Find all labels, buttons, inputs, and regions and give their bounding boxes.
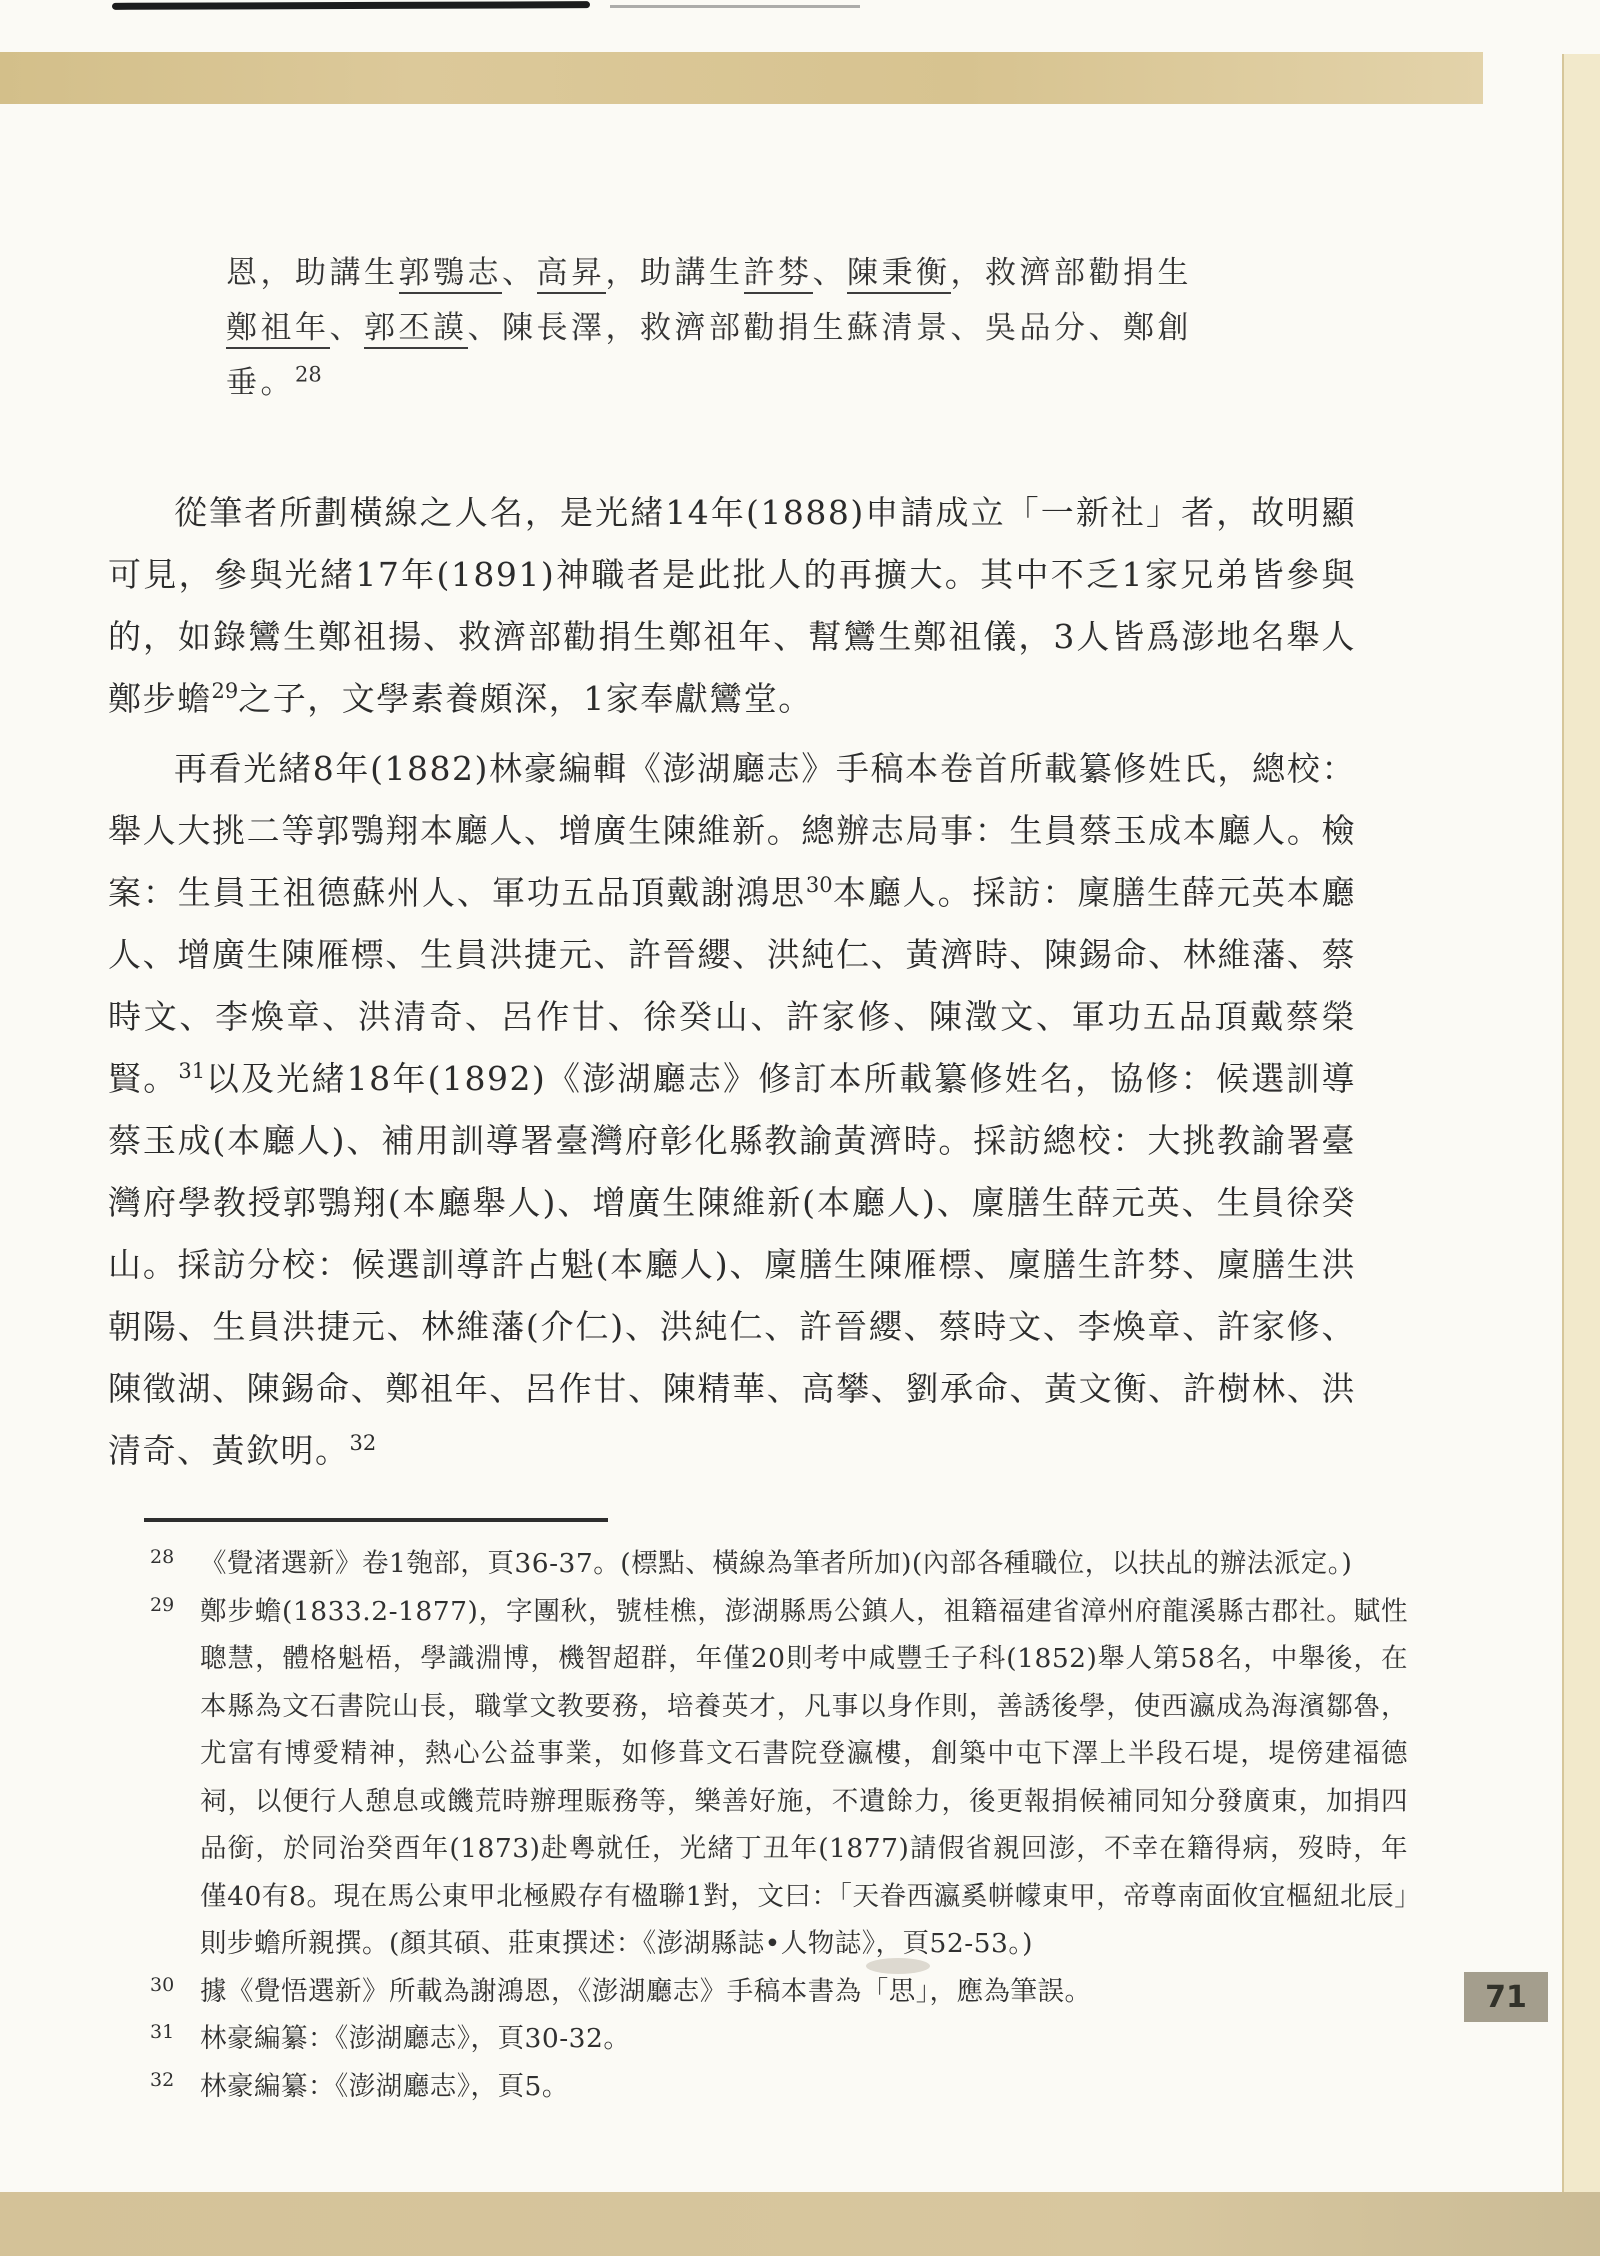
quote-text: 恩，助講生 (226, 255, 399, 291)
scan-edge-mark-thin (610, 5, 860, 8)
footnote-ref-29: 29 (212, 679, 239, 703)
footnote-31: 31 林豪編纂：《澎湖廳志》，頁30-32。 (146, 2015, 1408, 2063)
quote-text: 垂。 (226, 365, 295, 401)
underlined-name: 高昇 (537, 255, 606, 294)
footnote-ref-30: 30 (806, 873, 833, 897)
footnote-text: 據《覺悟選新》所載為謝鴻恩，《澎湖廳志》手稿本書為「思」，應為筆誤。 (200, 1976, 1092, 2007)
footnote-text: 林豪編纂：《澎湖廳志》，頁5。 (200, 2071, 569, 2102)
footnote-number: 28 (150, 1534, 174, 1582)
paragraph-1: 從筆者所劃橫線之人名，是光緒14年(1888)申請成立「一新社」者，故明顯可見，… (108, 482, 1356, 730)
scan-edge-mark (112, 1, 590, 10)
body-text: 從筆者所劃橫線之人名，是光緒14年(1888)申請成立「一新社」者，故明顯可見，… (108, 482, 1356, 1482)
paragraph-text: 之子，文學素養頗深，1家奉獻鸞堂。 (238, 679, 813, 718)
footnote-32: 32 林豪編纂：《澎湖廳志》，頁5。 (146, 2063, 1408, 2111)
footnote-29: 29 鄭步蟾(1833.2-1877)，字團秋，號桂樵，澎湖縣馬公鎮人，祖籍福建… (146, 1588, 1408, 1968)
underlined-name: 鄭祖年 (226, 310, 330, 349)
footnote-number: 30 (150, 1962, 174, 2010)
paragraph-2: 再看光緒8年(1882)林豪編輯《澎湖廳志》手稿本卷首所載纂修姓氏，總校：舉人大… (108, 738, 1356, 1482)
footnote-number: 31 (150, 2009, 174, 2057)
underlined-name: 郭丕謨 (364, 310, 468, 349)
quote-line-1: 恩，助講生郭鶚志、高昇，助講生許棼、陳秉衡，救濟部勸捐生 (226, 246, 1186, 301)
page-number: 71 (1464, 1972, 1548, 2022)
footnote-ref-31: 31 (178, 1059, 205, 1083)
footnote-30: 30 據《覺悟選新》所載為謝鴻恩，《澎湖廳志》手稿本書為「思」，應為筆誤。 (146, 1968, 1408, 2016)
quote-text: ，助講生 (606, 255, 744, 291)
quote-text: 、 (502, 255, 537, 291)
footnotes-section: 28 《覺渚選新》卷1匏部，頁36-37。(標點、橫線為筆者所加)(內部各種職位… (146, 1540, 1408, 2110)
underlined-name: 許棼 (744, 255, 813, 294)
scan-bottom-band (0, 2192, 1600, 2256)
quote-text: 、 (330, 310, 365, 346)
page-number-label: 71 (1485, 1980, 1527, 2015)
footnote-ref-32: 32 (350, 1431, 377, 1455)
scan-right-strip (1562, 54, 1600, 2256)
quote-line-3: 垂。28 (226, 356, 1186, 411)
footnote-text: 《覺渚選新》卷1匏部，頁36-37。(標點、橫線為筆者所加)(內部各種職位，以扶… (200, 1548, 1352, 1579)
scan-top-band (0, 52, 1483, 104)
footnote-number: 32 (150, 2057, 174, 2105)
footnote-28: 28 《覺渚選新》卷1匏部，頁36-37。(標點、橫線為筆者所加)(內部各種職位… (146, 1540, 1408, 1588)
footnote-text: 林豪編纂：《澎湖廳志》，頁30-32。 (200, 2023, 630, 2054)
footnote-ref-28: 28 (295, 363, 322, 387)
paragraph-text: 以及光緒18年(1892)《澎湖廳志》修訂本所載纂修姓名，協修：候選訓導蔡玉成(… (108, 1059, 1356, 1470)
quote-text: 、陳長澤，救濟部勸捐生蘇清景、吳品分、鄭創 (468, 310, 1193, 346)
block-quote: 恩，助講生郭鶚志、高昇，助講生許棼、陳秉衡，救濟部勸捐生 鄭祖年、郭丕謨、陳長澤… (226, 246, 1186, 411)
underlined-name: 陳秉衡 (847, 255, 951, 294)
underlined-name: 郭鶚志 (399, 255, 503, 294)
footnote-separator-rule (144, 1518, 608, 1522)
footnote-text: 鄭步蟾(1833.2-1877)，字團秋，號桂樵，澎湖縣馬公鎮人，祖籍福建省漳州… (200, 1596, 1408, 1960)
scanned-document-page: 恩，助講生郭鶚志、高昇，助講生許棼、陳秉衡，救濟部勸捐生 鄭祖年、郭丕謨、陳長澤… (0, 0, 1600, 2256)
quote-line-2: 鄭祖年、郭丕謨、陳長澤，救濟部勸捐生蘇清景、吳品分、鄭創 (226, 301, 1186, 356)
quote-text: 、 (813, 255, 848, 291)
quote-text: ，救濟部勸捐生 (951, 255, 1193, 291)
footnote-number: 29 (150, 1582, 174, 1630)
